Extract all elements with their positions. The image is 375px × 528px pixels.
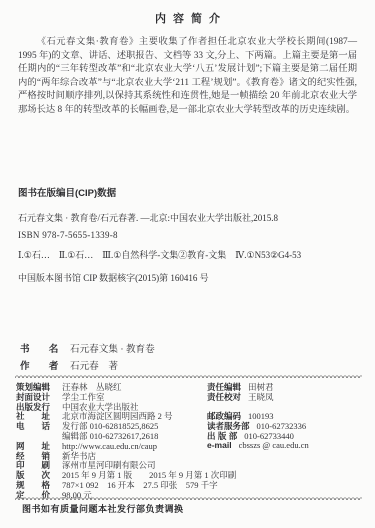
colophon-right-value: cbsszs @ cau.edu.cn: [239, 440, 309, 450]
content-summary-title: 内容简介: [18, 10, 357, 26]
content-summary-text: 《石元春文集·教育卷》主要收集了作者担任北京农业大学校长期间(1987—1995…: [18, 36, 357, 118]
cip-section: 图书在版编目(CIP)数据 石元春文集 · 教育卷/石元春著. —北京:中国农业…: [18, 185, 363, 284]
wavy-divider-top: [15, 374, 362, 378]
colophon-row: 规 格 787×1 092 16 开本 27.5 印张 579 千字: [16, 479, 365, 489]
cip-header: 图书在版编目(CIP)数据: [18, 185, 363, 199]
book-title-value: 石元春文集 · 教育卷: [70, 341, 155, 355]
colophon-right-label: e-mail: [207, 440, 232, 450]
colophon-row: 印 刷 涿州市星河印刷有限公司: [16, 459, 365, 469]
book-author-row: 作 者 石元春 著: [20, 358, 357, 375]
cip-classification: Ⅰ.①石… Ⅱ.①石… Ⅲ.①自然科学-文集②教育-文集 Ⅳ.①N53②G4-5…: [18, 248, 363, 261]
colophon-row: 经 销 新华书店: [16, 450, 365, 460]
colophon-row: 社 址 北京市海淀区圆明园西路 2 号 邮政编码100193: [16, 410, 365, 420]
book-info-section: 书 名 石元春文集 · 教育卷 作 者 石元春 著: [20, 341, 357, 375]
colophon-row: 编辑部 010-62732617,2618 出 版 部010-62733440: [16, 430, 365, 440]
content-summary-section: 内容简介 《石元春文集·教育卷》主要收集了作者担任北京农业大学校长期间(1987…: [18, 10, 357, 118]
colophon-row: 出版发行 中国农业大学出版社: [16, 401, 365, 411]
cip-entry: 石元春文集 · 教育卷/石元春著. —北京:中国农业大学出版社,2015.8: [18, 211, 363, 224]
book-author-label: 作 者: [20, 358, 60, 372]
book-title-label: 书 名: [20, 341, 60, 355]
colophon-row: 策划编辑 汪春林 丛晓红 责任编辑田树君: [16, 381, 365, 391]
colophon-row: 网 址 http://www.cau.edu.cn/caup e-mailcbs…: [16, 440, 365, 450]
quality-notice: 图书如有质量问题本社发行部负责调换: [22, 502, 184, 515]
colophon-section: 策划编辑 汪春林 丛晓红 责任编辑田树君 封面设计 学尘工作室 责任校对王晓凤 …: [16, 381, 365, 499]
cip-record-number: 中国版本图书馆 CIP 数据核字(2015)第 160416 号: [18, 271, 363, 284]
colophon-row: 电 话 发行部 010-62818525,8625 读者服务部010-62732…: [16, 420, 365, 430]
isbn-line: ISBN 978-7-5655-1339-8: [18, 230, 363, 240]
colophon-row: 版 次 2015 年 9 月第 1 版 2015 年 9 月第 1 次印刷: [16, 469, 365, 479]
copyright-page: 内容简介 《石元春文集·教育卷》主要收集了作者担任北京农业大学校长期间(1987…: [0, 0, 375, 528]
book-author-value: 石元春 著: [70, 358, 118, 372]
colophon-row: 封面设计 学尘工作室 责任校对王晓凤: [16, 391, 365, 401]
wavy-divider-bottom: [15, 496, 362, 500]
book-title-row: 书 名 石元春文集 · 教育卷: [20, 341, 357, 358]
